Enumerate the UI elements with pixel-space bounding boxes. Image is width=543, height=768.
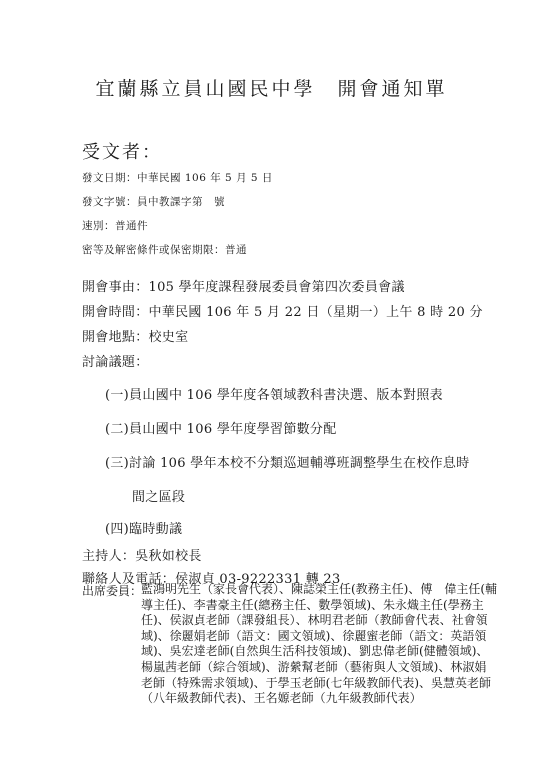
attendees-line: 域)、吳宏達老師(自然與生活科技領域)、劉忠偉老師(健體領域)、 (141, 644, 486, 660)
document-page: 宜蘭縣立員山國民中學 開會通知單 受文者： 發文日期：中華民國 106 年 5 … (0, 0, 543, 768)
attendees-line: 域)、徐麗娟老師（語文：國文領域)、徐麗蜜老師（語文：英語領 (141, 629, 486, 645)
agenda-item-1: (一)員山國中 106 學年度各領域教科書決選、版本對照表 (105, 384, 443, 403)
host: 主持人：吳秋如校長 (82, 545, 202, 564)
attendees-line: 藍鴻明先生（家長會代表）、陳誌榮主任(教務主任)、傅 偉主任(輔 (141, 582, 486, 598)
confidentiality: 密等及解密條件或保密期限：普通 (82, 242, 247, 257)
document-number: 發文字號：員中教課字第 號 (82, 194, 225, 209)
attendees-line: 老師（特殊需求領域)、于學玉老師(七年級教師代表)、吳慧英老師 (141, 676, 486, 692)
issue-date: 發文日期：中華民國 106 年 5 月 5 日 (82, 170, 273, 185)
meeting-reason: 開會事由：105 學年度課程發展委員會第四次委員會議 (82, 276, 405, 295)
agenda-item-2: (二)員山國中 106 學年度學習節數分配 (105, 418, 337, 437)
attendees-line: 導主任)、李書豪主任(總務主任、數學領域)、朱永熾主任(學務主 (141, 598, 486, 614)
attendees-line: 任)、侯淑貞老師（課發組長）、林明君老師（教師會代表、社會領 (141, 613, 486, 629)
agenda-label: 討論議題： (82, 351, 149, 370)
document-title: 宜蘭縣立員山國民中學 開會通知單 (0, 74, 543, 101)
urgency: 速別：普通件 (82, 218, 148, 233)
meeting-time: 開會時間：中華民國 106 年 5 月 22 日（星期一）上午 8 時 20 分 (82, 301, 483, 320)
agenda-item-4: (四)臨時動議 (105, 518, 182, 537)
agenda-item-3-continued: 間之區段 (132, 486, 185, 505)
meeting-location: 開會地點：校史室 (82, 326, 188, 345)
recipient-label: 受文者： (82, 138, 162, 164)
attendees-label: 出席委員： (82, 582, 142, 599)
attendees-line: （八年級教師代表)、王名嫄老師（九年級教師代表） (141, 691, 486, 707)
agenda-item-3: (三)討論 106 學年本校不分類巡迴輔導班調整學生在校作息時 (105, 452, 470, 471)
attendees-line: 楊嵐茜老師（綜合領域)、游縈幫老師（藝術與人文領域)、林淑娟 (141, 660, 486, 676)
attendees-list: 藍鴻明先生（家長會代表）、陳誌榮主任(教務主任)、傅 偉主任(輔 導主任)、李書… (141, 582, 486, 707)
